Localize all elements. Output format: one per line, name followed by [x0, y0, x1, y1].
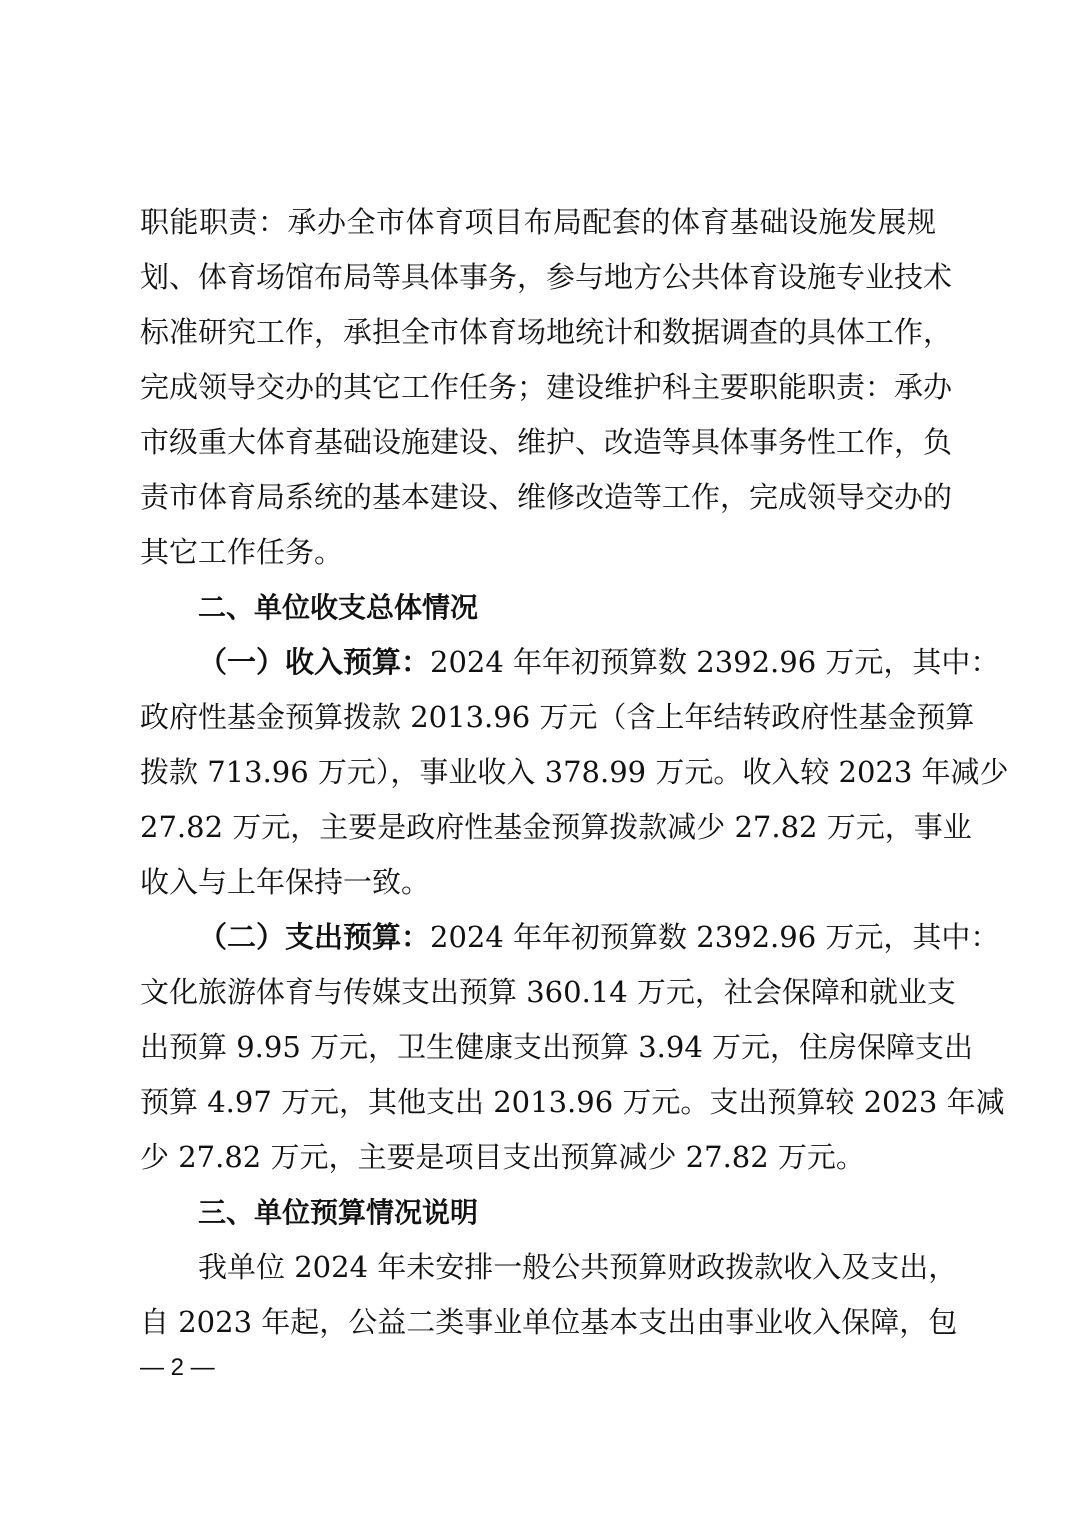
paragraph-line: 划、体育场馆布局等具体事务，参与地方公共体育设施专业技术: [140, 250, 936, 305]
expense-budget-line: （二）支出预算：2024 年年初预算数 2392.96 万元，其中：: [140, 910, 936, 965]
paragraph-line: 27.82 万元，主要是政府性基金预算拨款减少 27.82 万元，事业: [140, 800, 936, 855]
section-heading-budget-explanation: 三、单位预算情况说明: [140, 1185, 936, 1240]
paragraph-line: 责市体育局系统的基本建设、维修改造等工作，完成领导交办的: [140, 470, 936, 525]
paragraph-line: 标准研究工作，承担全市体育场地统计和数据调查的具体工作，: [140, 305, 936, 360]
expense-budget-text: 2024 年年初预算数 2392.96 万元，其中：: [430, 920, 999, 954]
paragraph-line: 少 27.82 万元，主要是项目支出预算减少 27.82 万元。: [140, 1130, 936, 1185]
paragraph-line: 收入与上年保持一致。: [140, 855, 936, 910]
section-heading-overall: 二、单位收支总体情况: [140, 580, 936, 635]
income-budget-text: 2024 年年初预算数 2392.96 万元，其中：: [430, 645, 999, 679]
paragraph-line: 拨款 713.96 万元），事业收入 378.99 万元。收入较 2023 年减…: [140, 745, 936, 800]
paragraph-line: 文化旅游体育与传媒支出预算 360.14 万元，社会保障和就业支: [140, 965, 936, 1020]
paragraph-line: 市级重大体育基础设施建设、维护、改造等具体事务性工作，负: [140, 415, 936, 470]
paragraph-line: 出预算 9.95 万元，卫生健康支出预算 3.94 万元，住房保障支出: [140, 1020, 936, 1075]
income-budget-label: （一）收入预算：: [198, 645, 430, 679]
expense-budget-label: （二）支出预算：: [198, 920, 430, 954]
paragraph-line: 完成领导交办的其它工作任务；建设维护科主要职能职责：承办: [140, 360, 936, 415]
paragraph-line: 自 2023 年起，公益二类事业单位基本支出由事业收入保障，包: [140, 1295, 936, 1350]
paragraph-line: 政府性基金预算拨款 2013.96 万元（含上年结转政府性基金预算: [140, 690, 936, 745]
paragraph-line: 我单位 2024 年未安排一般公共预算财政拨款收入及支出，: [140, 1240, 936, 1295]
income-budget-line: （一）收入预算：2024 年年初预算数 2392.96 万元，其中：: [140, 635, 936, 690]
paragraph-line: 职能职责：承办全市体育项目布局配套的体育基础设施发展规: [140, 195, 936, 250]
paragraph-line: 预算 4.97 万元，其他支出 2013.96 万元。支出预算较 2023 年减: [140, 1075, 936, 1130]
page-number: — 2 —: [140, 1353, 215, 1383]
paragraph-line: 其它工作任务。: [140, 525, 936, 580]
